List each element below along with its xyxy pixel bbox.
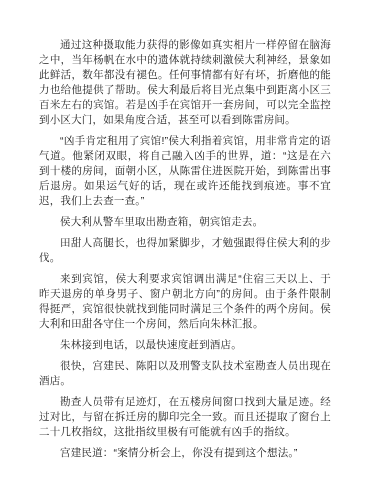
paragraph-1: 通过这种摄取能力获得的影像如真实相片一样停留在脑海之中，当年杨帆在水中的遗体就持… — [39, 38, 331, 128]
paragraph-9: 宫建民道：“案情分析会上，你没有提到这个想法。” — [39, 446, 331, 461]
paragraph-7: 很快，宫建民、陈阳以及刑警支队技术室勘查人员出现在酒店。 — [39, 359, 331, 389]
paragraph-5: 来到宾馆，侯大利要求宾馆调出满足“住宿三天以上、于昨天退房的单身男子、窗户朝北方… — [39, 272, 331, 332]
paragraph-3: 侯大利从警车里取出勘查箱，朝宾馆走去。 — [39, 215, 331, 230]
text-block: 通过这种摄取能力获得的影像如真实相片一样停留在脑海之中，当年杨帆在水中的遗体就持… — [39, 38, 331, 467]
ebook-page: 通过这种摄取能力获得的影像如真实相片一样停留在脑海之中，当年杨帆在水中的遗体就持… — [0, 0, 370, 480]
paragraph-6: 朱林接到电话，以最快速度赶到酒店。 — [39, 338, 331, 353]
paragraph-2: “凶手肯定租用了宾馆!”侯大利指着宾馆，用非常肯定的语气道。他紧闭双眼，将自己融… — [39, 134, 331, 209]
paragraph-8: 勘查人员带有足迹灯，在五楼房间窗口找到大量足迹。经过对比，与留在拆迁房的脚印完全… — [39, 395, 331, 440]
paragraph-4: 田甜人高腿长，也得加紧脚步，才勉强跟得住侯大利的步伐。 — [39, 236, 331, 266]
